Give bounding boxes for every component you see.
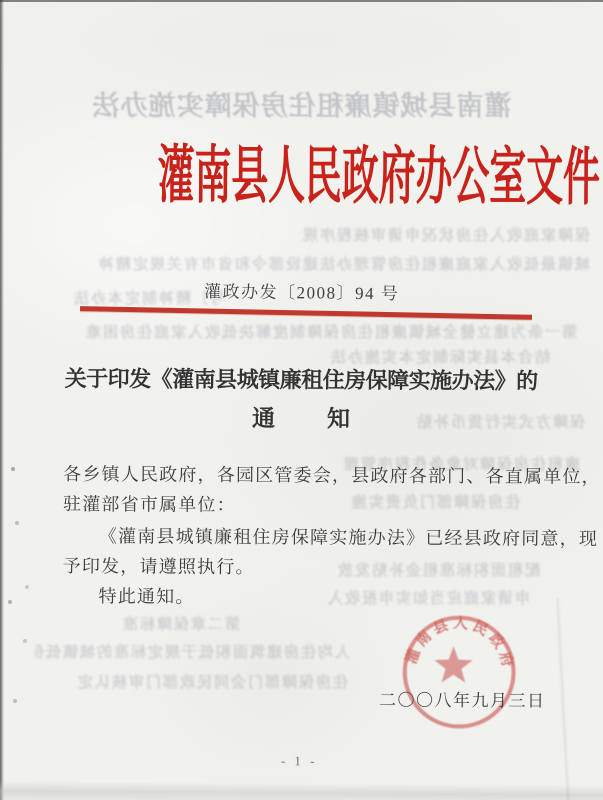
subject-word-zhi: 知 — [327, 400, 350, 433]
issue-date: 二〇〇八年九月三日 — [379, 686, 546, 712]
body-text: 各乡镇人民政府，各园区管委会，县政府各部门、各直属单位， 驻灌部省市属单位： 《… — [62, 459, 541, 614]
salutation-line: 各乡镇人民政府，各园区管委会，县政府各部门、各直属单位， — [63, 459, 541, 492]
page-number: - 1 - — [0, 752, 601, 771]
page-content: 灌南县人民政府办公室文件 灌政办发〔2008〕94 号 关于印发《灌南县城镇廉租… — [0, 0, 603, 800]
paragraph-line: 予印发，请遵照执行。 — [63, 551, 541, 584]
header-title: 灌南县人民政府办公室文件 — [157, 145, 600, 210]
subject-title-line2: 通 知 — [0, 399, 603, 435]
scan-edge-top — [0, 0, 603, 2]
subject-title-line1: 关于印发《灌南县城镇廉租住房保障实施办法》的 — [0, 362, 603, 396]
red-rule-divider — [80, 306, 532, 319]
star-icon — [434, 646, 472, 682]
scan-edge-left — [0, 0, 4, 800]
salutation-line: 驻灌部省市属单位： — [63, 489, 541, 522]
masthead: 灌南县人民政府办公室文件 — [1, 144, 603, 210]
scanned-document: 灌南县城镇廉租住房保障实施办法 保障家庭收入住房状况申请审核程序规定城镇最低收入… — [0, 0, 603, 800]
scan-edge-bottom — [0, 781, 603, 800]
official-seal: 灌南县人民政府 — [397, 609, 522, 736]
subject-word-tong: 通 — [252, 400, 275, 433]
doc-number: 灌政办发〔2008〕94 号 — [0, 275, 603, 307]
ink-specks — [0, 0, 2, 2]
paragraph-line: 《灌南县城镇廉租住房保障实施办法》已经县政府同意，现 — [63, 521, 541, 554]
